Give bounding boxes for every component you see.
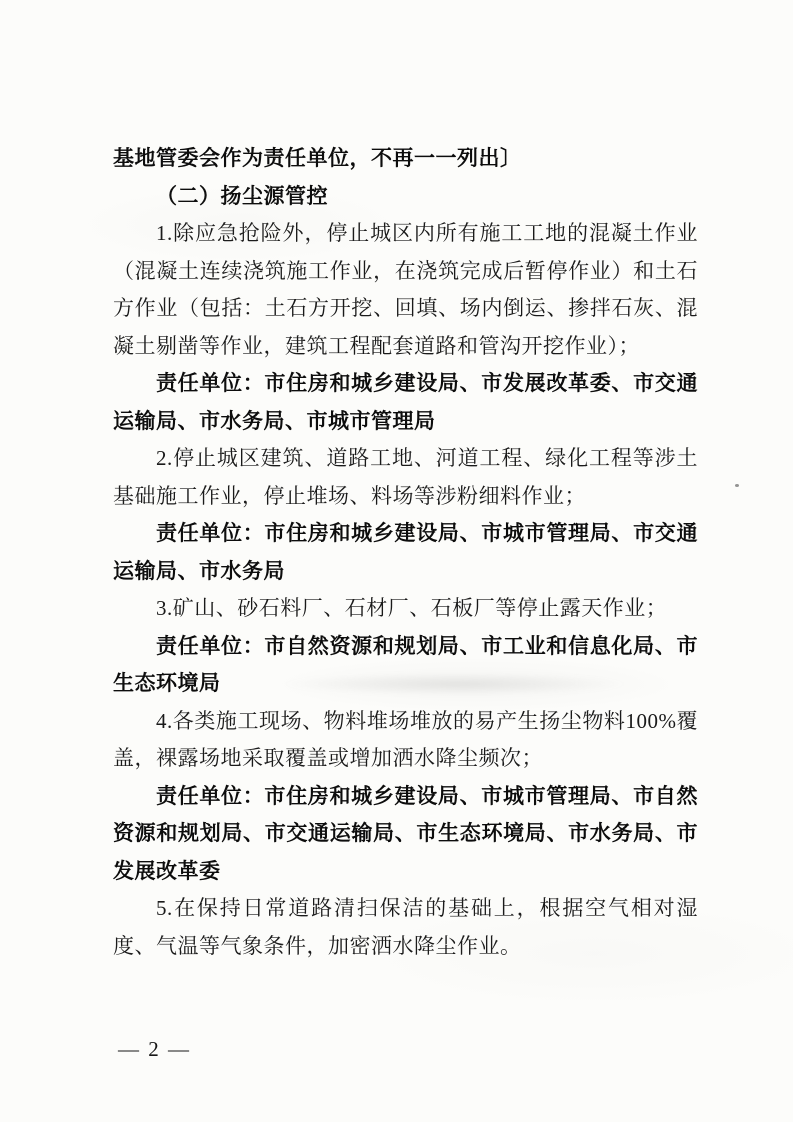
responsible-units-line: 责任单位：市自然资源和规划局、市工业和信息化局、市 (113, 628, 698, 666)
responsible-units-line: 资源和规划局、市交通运输局、市生态环境局、市水务局、市 (113, 815, 698, 853)
responsible-units-line: 运输局、市水务局、市城市管理局 (113, 403, 698, 441)
text-line: 4.各类施工现场、物料堆场堆放的易产生扬尘物料100%覆 (113, 703, 698, 741)
text-line: 基础施工作业，停止堆场、料场等涉粉细料作业； (113, 478, 698, 516)
text-line: 基地管委会作为责任单位，不再一一列出〕 (113, 140, 698, 178)
scan-speck (735, 484, 739, 487)
scanned-document-page: 基地管委会作为责任单位，不再一一列出〕 （二）扬尘源管控 1.除应急抢险外，停止… (0, 0, 793, 1122)
responsible-units-line: 责任单位：市住房和城乡建设局、市发展改革委、市交通 (113, 365, 698, 403)
page-number: — 2 — (118, 1036, 191, 1062)
text-line: 度、气温等气象条件，加密洒水降尘作业。 (113, 928, 698, 966)
section-heading: （二）扬尘源管控 (113, 178, 698, 216)
responsible-units-line: 运输局、市水务局 (113, 553, 698, 591)
text-line: 5.在保持日常道路清扫保洁的基础上，根据空气相对湿 (113, 890, 698, 928)
text-line: （混凝土连续浇筑施工作业，在浇筑完成后暂停作业）和土石 (113, 253, 698, 291)
text-line: 3.矿山、砂石料厂、石材厂、石板厂等停止露天作业； (113, 590, 698, 628)
text-line: 方作业（包括：土石方开挖、回填、场内倒运、掺拌石灰、混 (113, 290, 698, 328)
document-body: 基地管委会作为责任单位，不再一一列出〕 （二）扬尘源管控 1.除应急抢险外，停止… (113, 140, 698, 965)
responsible-units-line: 责任单位：市住房和城乡建设局、市城市管理局、市自然 (113, 778, 698, 816)
text-line: 凝土剔凿等作业，建筑工程配套道路和管沟开挖作业）； (113, 328, 698, 366)
responsible-units-line: 发展改革委 (113, 853, 698, 891)
responsible-units-line: 责任单位：市住房和城乡建设局、市城市管理局、市交通 (113, 515, 698, 553)
text-line: 2.停止城区建筑、道路工地、河道工程、绿化工程等涉土 (113, 440, 698, 478)
responsible-units-line: 生态环境局 (113, 665, 698, 703)
text-line: 1.除应急抢险外，停止城区内所有施工工地的混凝土作业 (113, 215, 698, 253)
text-line: 盖，裸露场地采取覆盖或增加洒水降尘频次； (113, 740, 698, 778)
